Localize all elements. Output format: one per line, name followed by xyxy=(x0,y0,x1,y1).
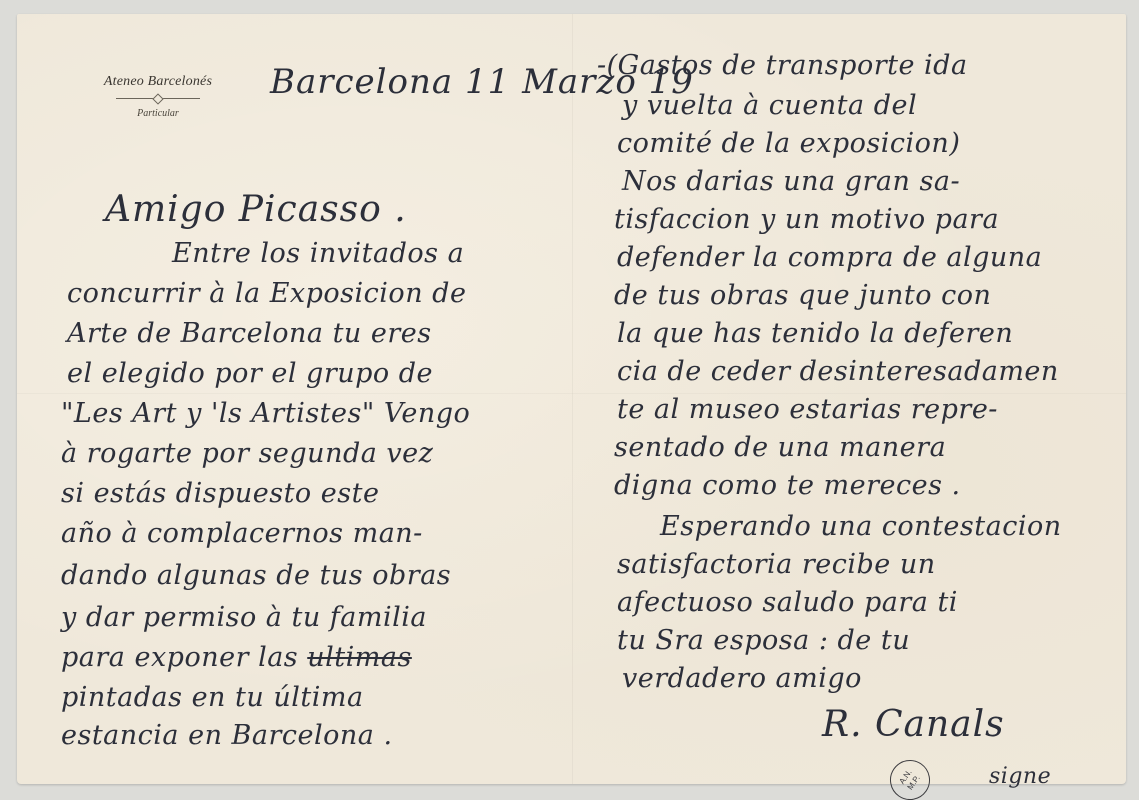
right-line: y vuelta à cuenta del xyxy=(622,90,917,121)
right-line: comité de la exposicion) xyxy=(617,128,960,159)
right-line: te al museo estarias repre- xyxy=(617,394,998,425)
signature: R. Canals xyxy=(822,704,1005,745)
right-line: Nos darias una gran sa- xyxy=(622,166,960,197)
letterhead-name: Ateneo Barcelonés xyxy=(73,74,243,90)
left-line: "Les Art y 'ls Artistes" Vengo xyxy=(61,398,470,429)
right-line: -(Gastos de transporte ida xyxy=(597,50,968,81)
letterhead-subtitle: Particular xyxy=(73,108,243,119)
right-line: de tus obras que junto con xyxy=(614,280,991,311)
postscript-note: signe xyxy=(989,764,1051,789)
right-line: sentado de una manera xyxy=(614,432,946,463)
left-line: Entre los invitados a xyxy=(172,238,464,269)
left-line: si estás dispuesto este xyxy=(61,478,379,509)
right-line: satisfactoria recibe un xyxy=(617,549,936,580)
struck-word: ultimas xyxy=(307,642,412,673)
left-line: año à complacernos man- xyxy=(61,518,423,549)
vertical-fold xyxy=(572,14,573,784)
left-line: concurrir à la Exposicion de xyxy=(67,278,466,309)
archive-stamp-icon: A.N. M.P. xyxy=(882,752,938,800)
right-line: verdadero amigo xyxy=(622,663,862,694)
right-line: tisfaccion y un motivo para xyxy=(614,204,999,235)
right-line: digna como te mereces . xyxy=(614,470,961,501)
right-line: Esperando una contestacion xyxy=(660,511,1062,542)
right-line: defender la compra de alguna xyxy=(617,242,1042,273)
right-line: afectuoso saludo para ti xyxy=(617,587,958,618)
left-line: para exponer las ultimas xyxy=(61,642,412,673)
letter-sheet: Ateneo Barcelonés Particular Barcelona 1… xyxy=(17,14,1126,784)
right-line: la que has tenido la deferen xyxy=(617,318,1013,349)
left-line: y dar permiso à tu familia xyxy=(61,602,427,633)
letter-salutation: Amigo Picasso . xyxy=(105,189,407,230)
left-line: Arte de Barcelona tu eres xyxy=(67,318,432,349)
left-line: dando algunas de tus obras xyxy=(61,560,451,591)
left-line: pintadas en tu última xyxy=(61,682,364,713)
right-line: tu Sra esposa : de tu xyxy=(617,625,910,656)
right-line: cia de ceder desinteresadamen xyxy=(617,356,1059,387)
left-line: el elegido por el grupo de xyxy=(67,358,433,389)
letterhead: Ateneo Barcelonés Particular xyxy=(73,74,243,119)
left-line: estancia en Barcelona . xyxy=(61,720,393,751)
letterhead-ornament-rule xyxy=(116,98,200,99)
left-line: à rogarte por segunda vez xyxy=(61,438,433,469)
